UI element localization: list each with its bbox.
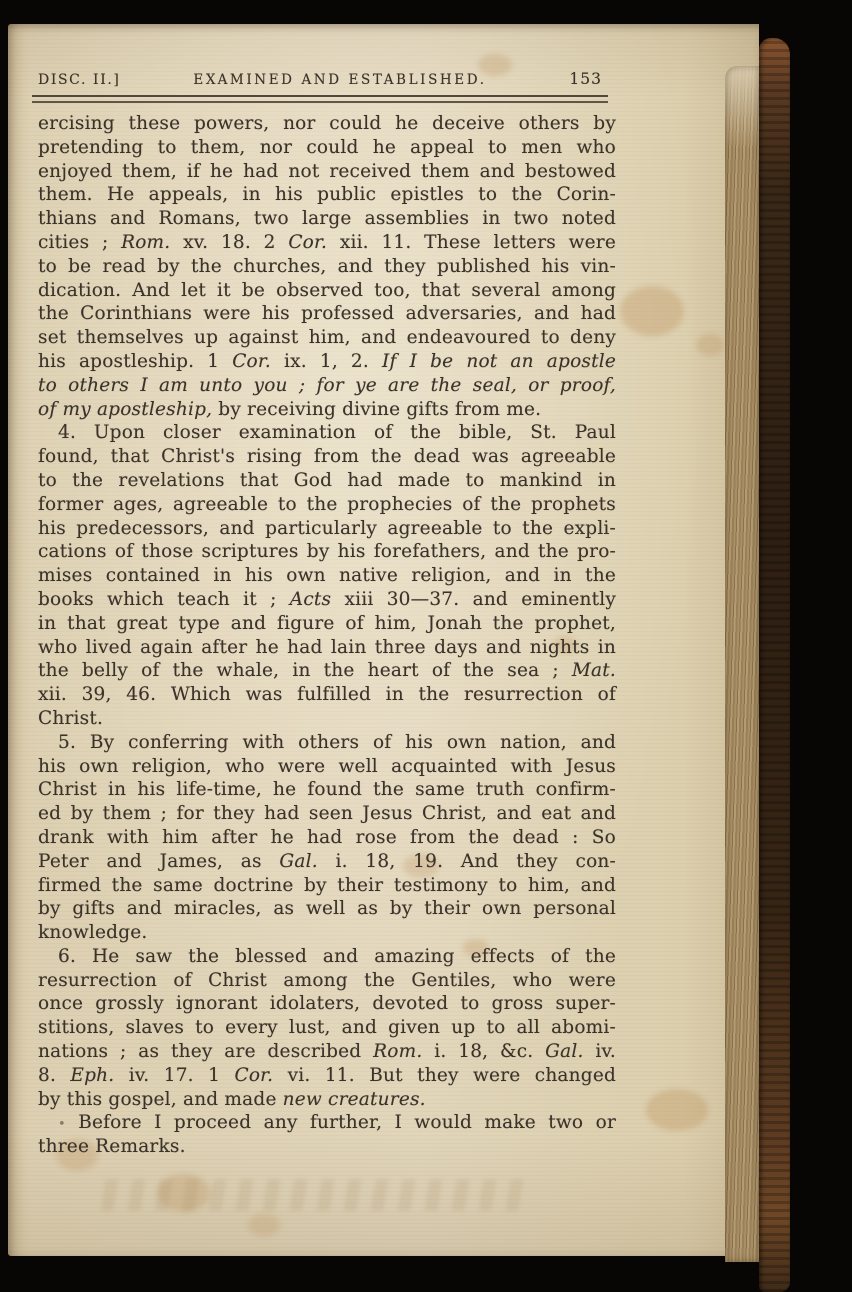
text-line: • Before I proceed any further, I would … [38, 1111, 616, 1135]
text-segment: mises contained in his own native religi… [38, 565, 616, 586]
text-segment: 5. By conferring with others of his own … [58, 732, 616, 753]
text-segment: who lived again after he had lain three … [38, 637, 616, 658]
text-line: resurrection of Christ among the Gentile… [38, 969, 616, 993]
text-line: to be read by the churches, and they pub… [38, 255, 616, 279]
text-segment: xii. 39, 46. Which was fulfilled in the … [38, 684, 616, 705]
text-line: to others I am unto you ; for ye are the… [38, 374, 616, 398]
body-text-column: ercising these powers, nor could he dece… [38, 112, 616, 1159]
text-line: three Remarks. [38, 1135, 616, 1159]
text-segment: thians and Romans, two large assemblies … [38, 208, 616, 229]
text-segment: by receiving divine gifts from me. [212, 399, 541, 420]
text-segment: drank with him after he had rose from th… [38, 827, 616, 848]
text-line: stitions, slaves to every lust, and give… [38, 1016, 616, 1040]
text-segment: iv. [584, 1041, 616, 1062]
text-line: firmed the same doctrine by their testim… [38, 874, 616, 898]
text-line: nations ; as they are described Rom. i. … [38, 1040, 616, 1064]
text-segment: former ages, agreeable to the prophecies… [38, 494, 616, 515]
text-segment: If I be not an apostle [382, 351, 616, 372]
text-segment: i. 18, &c. [422, 1041, 545, 1062]
text-segment: dication. And let it be observed too, th… [38, 280, 616, 301]
header-running-title: EXAMINED AND ESTABLISHED. [188, 72, 492, 88]
text-segment: xiii 30—37. and eminently [331, 589, 616, 610]
text-segment: Gal. [545, 1041, 583, 1062]
text-line: ed by them ; for they had seen Jesus Chr… [38, 802, 616, 826]
text-line: Peter and James, as Gal. i. 18, 19. And … [38, 850, 616, 874]
ghost-showthrough [100, 1179, 535, 1211]
text-line: thians and Romans, two large assemblies … [38, 207, 616, 231]
printed-text-area: DISC. II.] EXAMINED AND ESTABLISHED. 153… [38, 70, 616, 1159]
text-segment: to be read by the churches, and they pub… [38, 256, 616, 277]
stain [248, 1214, 280, 1236]
text-segment: knowledge. [38, 922, 147, 943]
text-segment: three Remarks. [38, 1136, 186, 1157]
text-segment: his predecessors, and particularly agree… [38, 518, 616, 539]
header-section-label: DISC. II.] [38, 72, 188, 88]
book-cover-edge [759, 38, 790, 1292]
text-line: 6. He saw the blessed and amazing effect… [38, 945, 616, 969]
text-line: enjoyed them, if he had not received the… [38, 160, 616, 184]
text-line: books which teach it ; Acts xiii 30—37. … [38, 588, 616, 612]
text-line: the belly of the whale, in the heart of … [38, 659, 616, 683]
text-line: set themselves up against him, and endea… [38, 326, 616, 350]
text-segment: to the revelations that God had made to … [38, 470, 616, 491]
text-line: his predecessors, and particularly agree… [38, 517, 616, 541]
text-segment: 4. Upon closer examination of the bible,… [58, 422, 616, 443]
text-segment: i. 18, 19. And they con- [318, 851, 616, 872]
text-line: Christ in his life-time, he found the sa… [38, 778, 616, 802]
text-line: cities ; Rom. xv. 18. 2 Cor. xii. 11. Th… [38, 231, 616, 255]
stain [696, 334, 724, 356]
text-segment: once grossly ignorant idolaters, devoted… [38, 993, 616, 1014]
text-line: once grossly ignorant idolaters, devoted… [38, 992, 616, 1016]
text-segment: enjoyed them, if he had not received the… [38, 161, 616, 182]
text-segment: his own religion, who were well acquaint… [38, 756, 616, 777]
text-line: drank with him after he had rose from th… [38, 826, 616, 850]
text-segment: in that great type and figure of him, Jo… [38, 613, 616, 634]
text-line: knowledge. [38, 921, 616, 945]
text-line: of my apostleship, by receiving divine g… [38, 398, 616, 422]
text-segment: books which teach it ; [38, 589, 290, 610]
text-segment: Eph. [70, 1065, 114, 1086]
text-segment: Before I proceed any further, I would ma… [66, 1112, 616, 1133]
text-segment: new creatures. [283, 1089, 426, 1110]
text-segment: firmed the same doctrine by their testim… [38, 875, 616, 896]
text-segment: nations ; as they are described [38, 1041, 373, 1062]
text-line: the Corinthians were his professed adver… [38, 302, 616, 326]
text-line: to the revelations that God had made to … [38, 469, 616, 493]
text-segment: Cor. [234, 1065, 273, 1086]
text-line: 8. Eph. iv. 17. 1 Cor. vi. 11. But they … [38, 1064, 616, 1088]
text-line: by gifts and miracles, as well as by the… [38, 897, 616, 921]
page-surface: DISC. II.] EXAMINED AND ESTABLISHED. 153… [8, 24, 759, 1256]
text-segment: Christ. [38, 708, 103, 729]
page-header: DISC. II.] EXAMINED AND ESTABLISHED. 153 [38, 70, 616, 88]
text-segment: xv. 18. 2 [170, 232, 288, 253]
text-segment: resurrection of Christ among the Gentile… [38, 970, 616, 991]
text-line: by this gospel, and made new creatures. [38, 1088, 616, 1112]
text-line: who lived again after he had lain three … [38, 636, 616, 660]
text-segment: to others I am unto you ; for ye are the… [38, 375, 616, 396]
text-line: xii. 39, 46. Which was fulfilled in the … [38, 683, 616, 707]
text-segment: found, that Christ's rising from the dea… [38, 446, 616, 467]
text-segment: cations of those scriptures by his foref… [38, 541, 616, 562]
text-segment: ercising these powers, nor could he dece… [38, 113, 616, 134]
text-segment: Cor. [288, 232, 327, 253]
text-line: found, that Christ's rising from the dea… [38, 445, 616, 469]
book: DISC. II.] EXAMINED AND ESTABLISHED. 153… [8, 24, 782, 1260]
text-segment: ed by them ; for they had seen Jesus Chr… [38, 803, 616, 824]
scan-background: { "document": { "header": { "left_label"… [0, 0, 852, 1292]
text-line: his apostleship. 1 Cor. ix. 1, 2. If I b… [38, 350, 616, 374]
text-segment: pretending to them, nor could he appeal … [38, 137, 616, 158]
page-edges-stack [725, 66, 759, 1262]
text-segment: • [58, 1117, 66, 1132]
text-segment: Peter and James, as [38, 851, 279, 872]
text-segment: set themselves up against him, and endea… [38, 327, 616, 348]
text-segment: of my apostleship, [38, 399, 212, 420]
text-segment: Cor. [232, 351, 271, 372]
text-line: them. He appeals, in his public epistles… [38, 183, 616, 207]
header-page-number: 153 [492, 70, 616, 88]
text-segment: his apostleship. 1 [38, 351, 232, 372]
text-segment: by this gospel, and made [38, 1089, 283, 1110]
text-segment: Rom. [121, 232, 170, 253]
text-line: cations of those scriptures by his foref… [38, 540, 616, 564]
text-segment: xii. 11. These letters were [327, 232, 616, 253]
text-segment: the Corinthians were his professed adver… [38, 303, 616, 324]
text-segment: the belly of the whale, in the heart of … [38, 660, 572, 681]
text-segment: iv. 17. 1 [114, 1065, 234, 1086]
text-segment: by gifts and miracles, as well as by the… [38, 898, 616, 919]
text-segment: 8. [38, 1065, 70, 1086]
text-segment: 6. He saw the blessed and amazing effect… [58, 946, 616, 967]
text-line: 4. Upon closer examination of the bible,… [38, 421, 616, 445]
text-line: his own religion, who were well acquaint… [38, 755, 616, 779]
text-line: pretending to them, nor could he appeal … [38, 136, 616, 160]
text-segment: Acts [290, 589, 331, 610]
text-line: former ages, agreeable to the prophecies… [38, 493, 616, 517]
header-double-rule [32, 95, 608, 103]
text-segment: Mat. [572, 660, 616, 681]
text-line: dication. And let it be observed too, th… [38, 279, 616, 303]
stain [620, 286, 684, 336]
text-segment: them. He appeals, in his public epistles… [38, 184, 616, 205]
stain [646, 1089, 708, 1131]
text-segment: Rom. [373, 1041, 422, 1062]
text-line: mises contained in his own native religi… [38, 564, 616, 588]
text-segment: vi. 11. But they were changed [273, 1065, 616, 1086]
text-segment: Christ in his life-time, he found the sa… [38, 779, 616, 800]
text-line: in that great type and figure of him, Jo… [38, 612, 616, 636]
text-segment: stitions, slaves to every lust, and give… [38, 1017, 616, 1038]
text-line: Christ. [38, 707, 616, 731]
text-segment: cities ; [38, 232, 121, 253]
text-segment: ix. 1, 2. [271, 351, 382, 372]
text-segment: Gal. [279, 851, 317, 872]
text-line: 5. By conferring with others of his own … [38, 731, 616, 755]
text-line: ercising these powers, nor could he dece… [38, 112, 616, 136]
